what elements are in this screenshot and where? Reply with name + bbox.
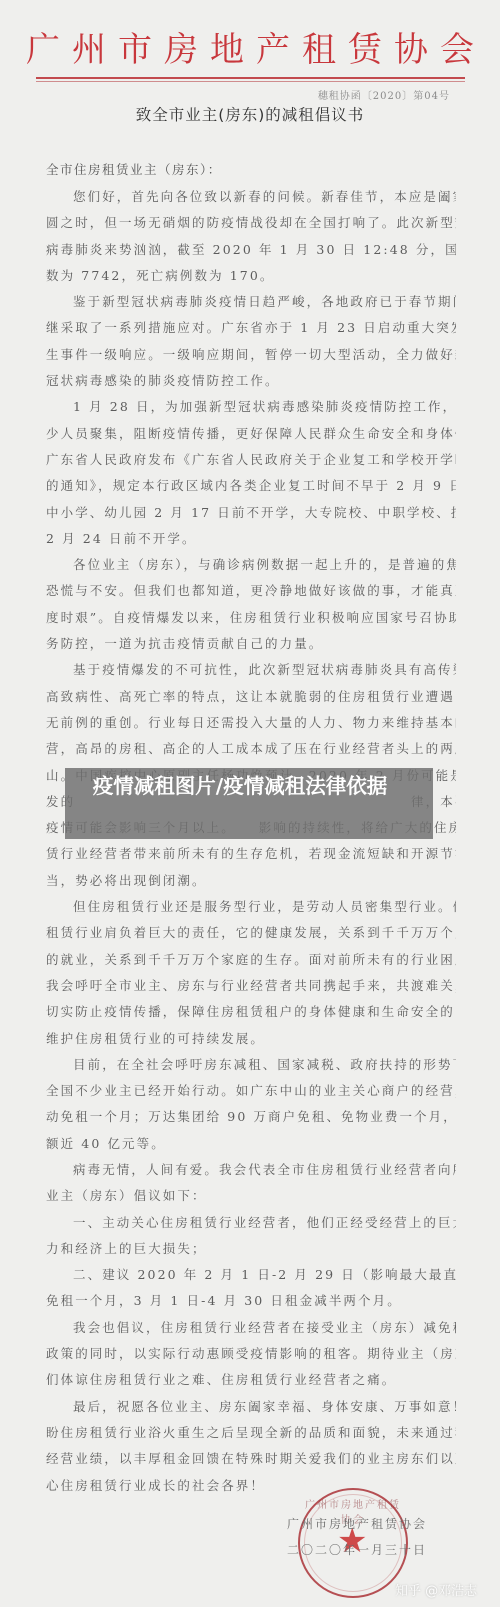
document-title: 致全市业主(房东)的减租倡议书 bbox=[0, 103, 500, 125]
letter-line: 免租一个月，3 月 1 日-4 月 30 日租金减半两个月。 bbox=[46, 1288, 456, 1314]
letterhead-rule-thin bbox=[36, 81, 465, 82]
letter-line: 1 月 28 日，为加强新型冠状病毒感染肺炎疫情防控工作，有效减 bbox=[46, 394, 456, 420]
letter-line: 的通知》，规定本行政区域内各类企业复工时间不早于 2 月 9 日 24 时， bbox=[46, 473, 456, 499]
letter-line: 目前，在全社会呼吁房东减租、国家减税、政府扶持的形势下， bbox=[46, 1052, 456, 1078]
letter-line: 一、主动关心住房租赁行业经营者，他们正经受经营上的巨大压 bbox=[46, 1210, 456, 1236]
letter-line: 动免租一个月；万达集团给 90 万商户免租、免物业费一个月，免租总 bbox=[46, 1104, 456, 1130]
overlay-title: 疫情减租图片/疫情减租法律依据 bbox=[75, 772, 405, 801]
letter-line: 病毒无情，人间有爱。我会代表全市住房租赁行业经营者向所有 bbox=[46, 1157, 456, 1183]
letter-line: 营，高昂的房租、高企的人工成本成了压在行业经营者头上的两座大 bbox=[46, 736, 456, 762]
letter-line: 数为 7742，死亡病例数为 170。 bbox=[46, 263, 456, 289]
document-number: 穗租协函〔2020〕第04号 bbox=[318, 87, 450, 102]
letter-body: 您们好，首先向各位致以新春的问候。新春佳节，本应是阖家团圆之时，但一场无硝烟的防… bbox=[46, 184, 456, 1499]
letter-line: 盼住房租赁行业浴火重生之后呈现全新的品质和面貌，未来通过积极 bbox=[46, 1420, 456, 1446]
letter-line: 生事件一级响应。一级响应期间，暂停一切大型活动，全力做好新型 bbox=[46, 342, 456, 368]
letter-line: 我会呼吁全市业主、房东与行业经营者共同携起手来，共渡难关，在 bbox=[46, 973, 456, 999]
letter-line: 的就业，关系到千千万万个家庭的生存。面对前所未有的行业困局， bbox=[46, 947, 456, 973]
letter-line: 鉴于新型冠状病毒肺炎疫情日趋严峻，各地政府已于春节期间相 bbox=[46, 289, 456, 315]
letter-line: 务防控，一道为抗击疫情贡献自己的力量。 bbox=[46, 631, 456, 657]
letter-line: 您们好，首先向各位致以新春的问候。新春佳节，本应是阖家团 bbox=[46, 184, 456, 210]
letter-line: 高致病性、高死亡率的特点，这让本就脆弱的住房租赁行业遭遇了史 bbox=[46, 684, 456, 710]
letter-line: 租赁行业肩负着巨大的责任，它的健康发展，关系到千千万万个员工 bbox=[46, 920, 456, 946]
letter-line: 当，势必将出现倒闭潮。 bbox=[46, 868, 456, 894]
letter-line: 我会也倡议，住房租赁行业经营者在接受业主（房东）减免租金 bbox=[46, 1315, 456, 1341]
letter-line: 2 月 24 日前不开学。 bbox=[46, 526, 456, 552]
letter-line: 二、建议 2020 年 2 月 1 日-2 月 29 日（影响最大最直接的 2 … bbox=[46, 1262, 456, 1288]
letter-line: 中小学、幼儿园 2 月 17 日前不开学，大专院校、中职学校、技工院校 bbox=[46, 500, 456, 526]
letter-line: 继采取了一系列措施应对。广东省亦于 1 月 23 日启动重大突发公共卫 bbox=[46, 315, 456, 341]
letter-salutation: 全市住房租赁业主（房东）： bbox=[46, 160, 222, 178]
letter-line: 心住房租赁行业成长的社会各界！ bbox=[46, 1473, 456, 1499]
letter-line: 经营业绩，以丰厚租金回馈在特殊时期关爱我们的业主房东们以及关 bbox=[46, 1446, 456, 1472]
signature-organization: 广州市房地产租赁协会 bbox=[287, 1515, 427, 1532]
letterhead-organization: 广州市房地产租赁协会 bbox=[0, 22, 500, 71]
letter-line: 最后，祝愿各位业主、房东阖家幸福、身体安康、万事如意！期 bbox=[46, 1394, 456, 1420]
letter-line: 基于疫情爆发的不可抗性，此次新型冠状病毒肺炎具有高传染性、 bbox=[46, 657, 456, 683]
signature-date: 二〇二〇年一月三十日 bbox=[287, 1541, 427, 1558]
letter-line: 们体谅住房租赁行业之难、住房租赁行业经营者之痛。 bbox=[46, 1367, 456, 1393]
letter-line: 全国不少业主已经开始行动。如广东中山的业主关心商户的经营，主 bbox=[46, 1078, 456, 1104]
letterhead-rule bbox=[36, 77, 465, 79]
letter-line: 病毒肺炎来势汹汹，截至 2020 年 1 月 30 日 12:48 分，国内确诊… bbox=[46, 237, 456, 263]
letter-line: 维护住房租赁行业的可持续发展。 bbox=[46, 1026, 456, 1052]
letter-line: 恐慌与不安。但我们也都知道，更冷静地做好该做的事，才能真正“共 bbox=[46, 578, 456, 604]
letter-line: 赁行业经营者带来前所未有的生存危机，若现金流短缺和开源节流不 bbox=[46, 841, 456, 867]
letter-line: 额近 40 亿元等。 bbox=[46, 1131, 456, 1157]
letter-line: 力和经济上的巨大损失； bbox=[46, 1236, 456, 1262]
letter-line: 但住房租赁行业还是服务型行业，是劳动人员密集型行业。住房 bbox=[46, 894, 456, 920]
letter-line: 无前例的重创。行业每日还需投入大量的人力、物力来维持基本的运 bbox=[46, 710, 456, 736]
letter-line: 少人员聚集，阻断疫情传播，更好保障人民群众生命安全和身体健康， bbox=[46, 421, 456, 447]
letter-line: 政策的同时，以实际行动惠顾受疫情影响的租客。期待业主（房东） bbox=[46, 1341, 456, 1367]
letter-line: 切实防止疫情传播，保障住房租赁租户的身体健康和生命安全的同时， bbox=[46, 999, 456, 1025]
letter-line: 度时艰”。自疫情爆发以来，住房租赁行业积极响应国家号召协助服 bbox=[46, 605, 456, 631]
letter-line: 冠状病毒感染的肺炎疫情防控工作。 bbox=[46, 368, 456, 394]
letter-line: 各位业主（房东），与确诊病例数据一起上升的，是普遍的焦虑、 bbox=[46, 552, 456, 578]
watermark: 知乎 @邓浩志 bbox=[395, 1580, 477, 1599]
letter-line: 业主（房东）倡议如下： bbox=[46, 1183, 456, 1209]
letter-line: 圆之时，但一场无硝烟的防疫情战役却在全国打响了。此次新型冠状 bbox=[46, 210, 456, 236]
letter-line: 广东省人民政府发布《广东省人民政府关于企业复工和学校开学时间 bbox=[46, 447, 456, 473]
